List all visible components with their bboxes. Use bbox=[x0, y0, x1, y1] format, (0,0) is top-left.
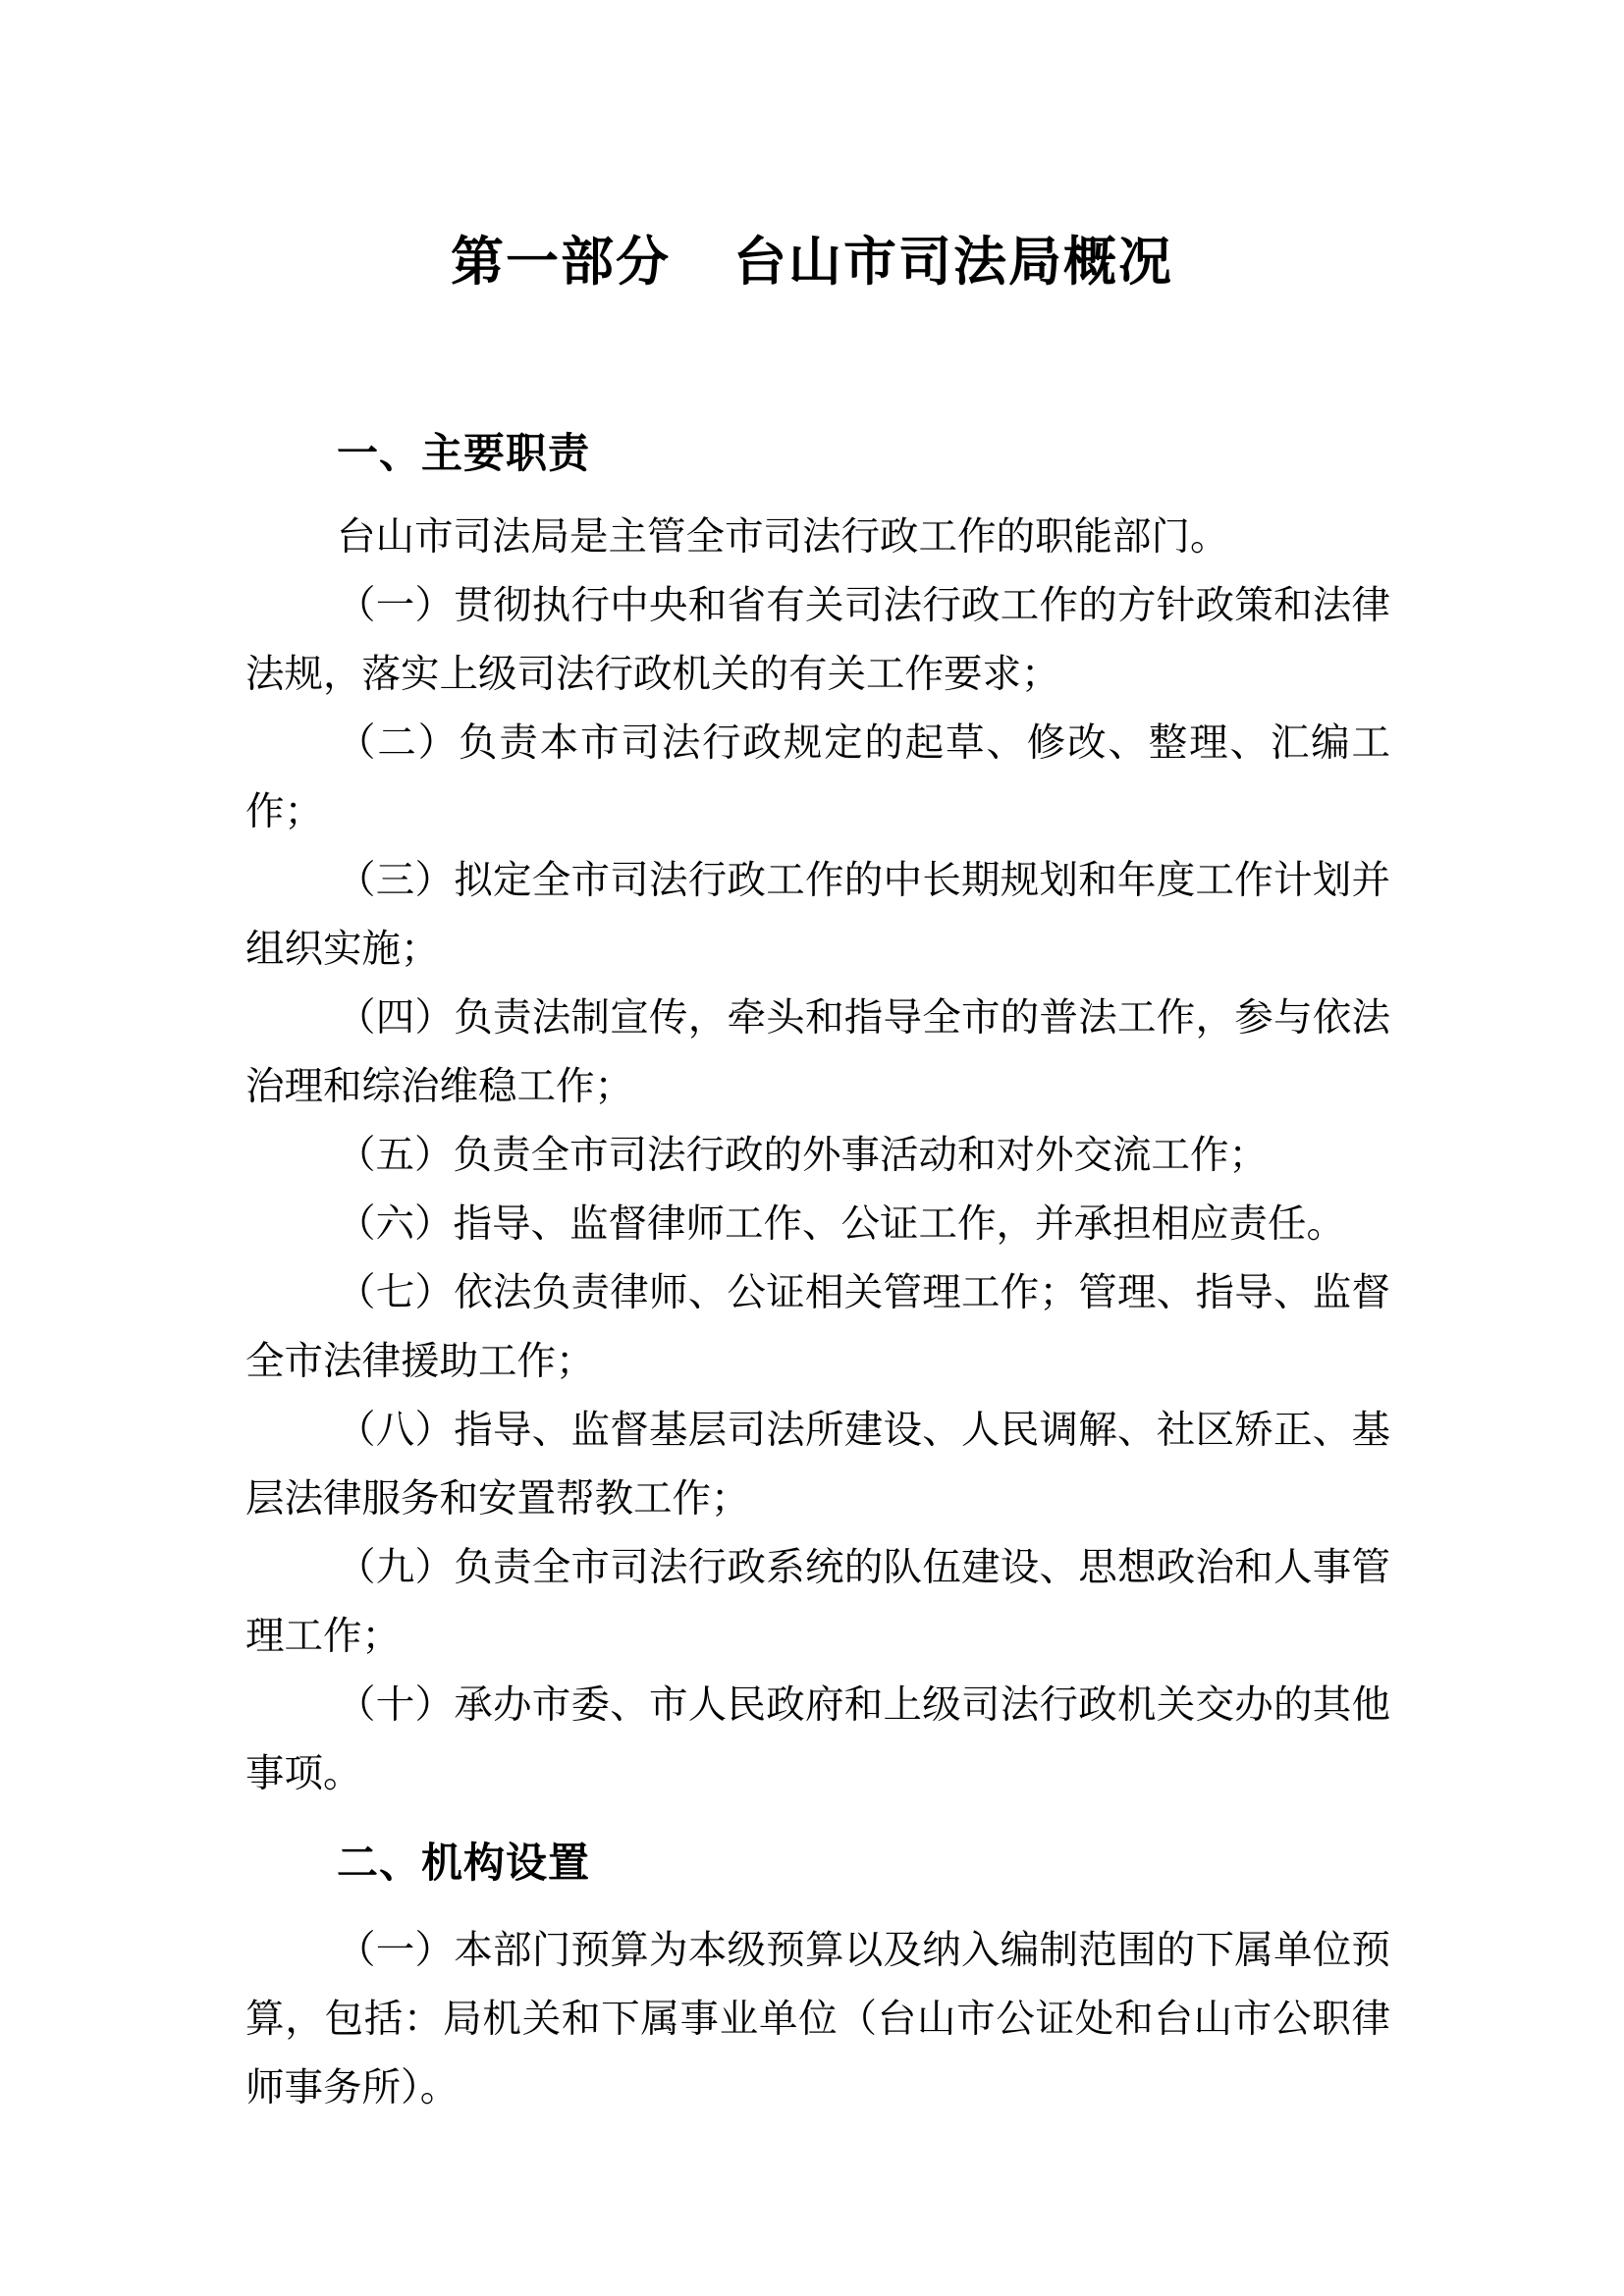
section-heading-duties: 一、主要职责 bbox=[337, 424, 590, 483]
paragraph: （三）拟定全市司法行政工作的中长期规划和年度工作计划并组织实施； bbox=[245, 846, 1390, 984]
paragraph: （八）指导、监督基层司法所建设、人民调解、社区矫正、基层法律服务和安置帮教工作； bbox=[245, 1396, 1390, 1533]
page-title: 第一部分台山市司法局概况 bbox=[0, 228, 1624, 296]
title-part: 第一部分 bbox=[451, 231, 671, 293]
paragraph: （一）本部门预算为本级预算以及纳入编制范围的下属单位预算，包括：局机关和下属事业… bbox=[245, 1916, 1390, 2122]
paragraph: （四）负责法制宣传，牵头和指导全市的普法工作，参与依法治理和综治维稳工作； bbox=[245, 984, 1390, 1121]
paragraph: （十）承办市委、市人民政府和上级司法行政机关交办的其他事项。 bbox=[245, 1671, 1390, 1808]
section-heading-organization: 二、机构设置 bbox=[337, 1834, 590, 1893]
paragraph: （五）负责全市司法行政的外事活动和对外交流工作； bbox=[245, 1121, 1390, 1190]
paragraph: 台山市司法局是主管全市司法行政工作的职能部门。 bbox=[245, 503, 1390, 571]
section-body-organization: （一）本部门预算为本级预算以及纳入编制范围的下属单位预算，包括：局机关和下属事业… bbox=[245, 1916, 1390, 2122]
document-page: 第一部分台山市司法局概况 一、主要职责 台山市司法局是主管全市司法行政工作的职能… bbox=[0, 0, 1624, 2296]
paragraph: （二）负责本市司法行政规定的起草、修改、整理、汇编工作； bbox=[245, 709, 1390, 846]
paragraph: （六）指导、监督律师工作、公证工作，并承担相应责任。 bbox=[245, 1190, 1390, 1258]
title-name: 台山市司法局概况 bbox=[733, 231, 1173, 293]
paragraph: （七）依法负责律师、公证相关管理工作；管理、指导、监督全市法律援助工作； bbox=[245, 1258, 1390, 1396]
paragraph: （九）负责全市司法行政系统的队伍建设、思想政治和人事管理工作； bbox=[245, 1533, 1390, 1671]
paragraph: （一）贯彻执行中央和省有关司法行政工作的方针政策和法律法规，落实上级司法行政机关… bbox=[245, 571, 1390, 709]
section-body-duties: 台山市司法局是主管全市司法行政工作的职能部门。 （一）贯彻执行中央和省有关司法行… bbox=[245, 503, 1390, 1808]
